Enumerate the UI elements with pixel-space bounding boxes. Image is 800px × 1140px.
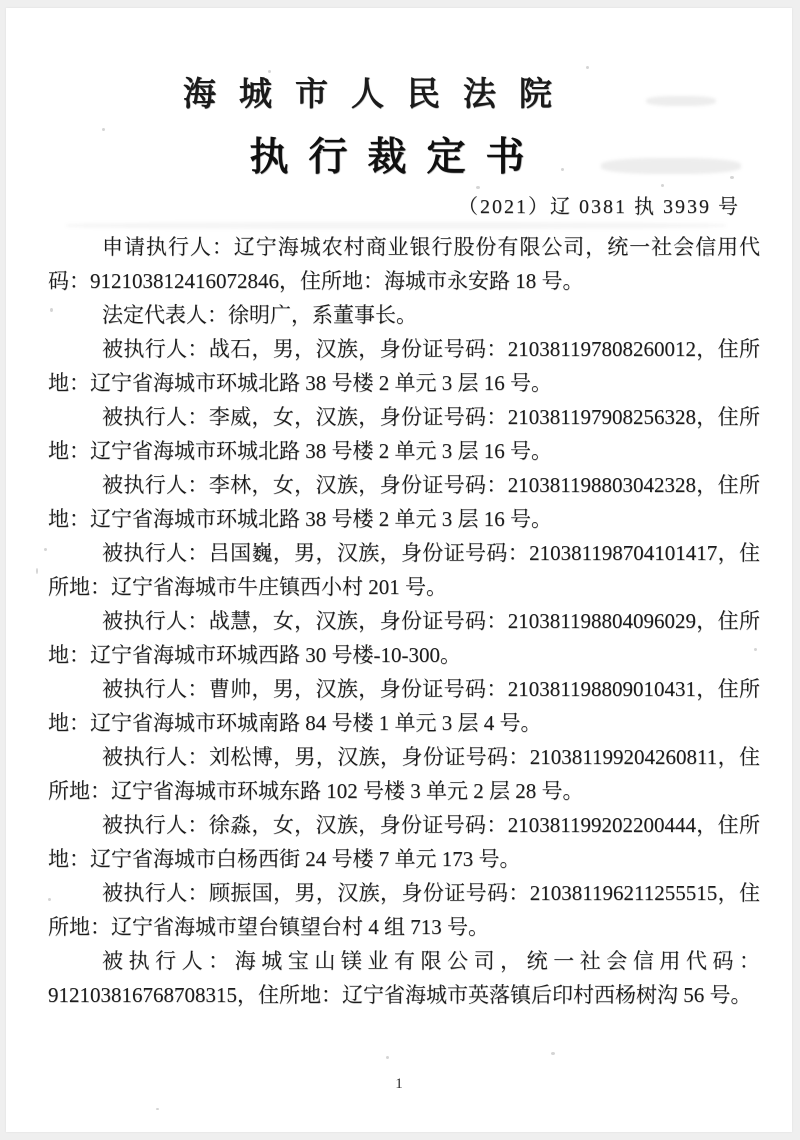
scan-speck bbox=[36, 568, 38, 574]
scan-speck bbox=[102, 128, 105, 131]
scan-smudge bbox=[66, 222, 726, 229]
paragraph-respondent-1: 被执行人：战石，男，汉族，身份证号码：210381197808260012，住所… bbox=[48, 332, 760, 400]
paragraph-respondent-10: 被执行人：海城宝山镁业有限公司，统一社会信用代码：912103816768708… bbox=[48, 944, 760, 1012]
paragraph-respondent-7: 被执行人：刘松博，男，汉族，身份证号码：210381199204260811，住… bbox=[48, 740, 760, 808]
page-number: 1 bbox=[6, 1076, 792, 1093]
paragraph-respondent-4: 被执行人：吕国巍，男，汉族，身份证号码：210381198704101417，住… bbox=[48, 536, 760, 604]
court-name-heading: 海城市人民法院 bbox=[6, 76, 772, 114]
document-page: 海城市人民法院 执行裁定书 （2021）辽 0381 执 3939 号 申请执行… bbox=[6, 8, 792, 1132]
scan-speck bbox=[268, 70, 271, 73]
scan-speck bbox=[586, 66, 589, 69]
scanned-document: { "document": { "court_name": "海城市人民法院",… bbox=[0, 0, 800, 1140]
scan-speck bbox=[386, 1056, 389, 1059]
paragraph-respondent-5: 被执行人：战慧，女，汉族，身份证号码：210381198804096029，住所… bbox=[48, 604, 760, 672]
paragraph-respondent-3: 被执行人：李林，女，汉族，身份证号码：210381198803042328，住所… bbox=[48, 468, 760, 536]
paragraph-respondent-6: 被执行人：曹帅，男，汉族，身份证号码：210381198809010431，住所… bbox=[48, 672, 760, 740]
scan-speck bbox=[476, 186, 480, 189]
paragraph-legal-rep: 法定代表人：徐明广，系董事长。 bbox=[48, 298, 760, 332]
paragraph-respondent-8: 被执行人：徐淼，女，汉族，身份证号码：210381199202200444，住所… bbox=[48, 808, 760, 876]
paragraph-applicant: 申请执行人：辽宁海城农村商业银行股份有限公司，统一社会信用代码：91210381… bbox=[48, 230, 760, 298]
paragraph-respondent-9: 被执行人：顾振国，男，汉族，身份证号码：210381196211255515，住… bbox=[48, 876, 760, 944]
document-title: 执行裁定书 bbox=[6, 136, 790, 180]
scan-speck bbox=[661, 184, 664, 187]
paragraph-respondent-2: 被执行人：李威，女，汉族，身份证号码：210381197908256328，住所… bbox=[48, 400, 760, 468]
scan-speck bbox=[44, 548, 47, 551]
document-body: 申请执行人：辽宁海城农村商业银行股份有限公司，统一社会信用代码：91210381… bbox=[48, 230, 760, 1012]
scan-speck bbox=[156, 1108, 159, 1110]
scan-speck bbox=[551, 1052, 555, 1055]
case-number: （2021）辽 0381 执 3939 号 bbox=[6, 194, 792, 220]
